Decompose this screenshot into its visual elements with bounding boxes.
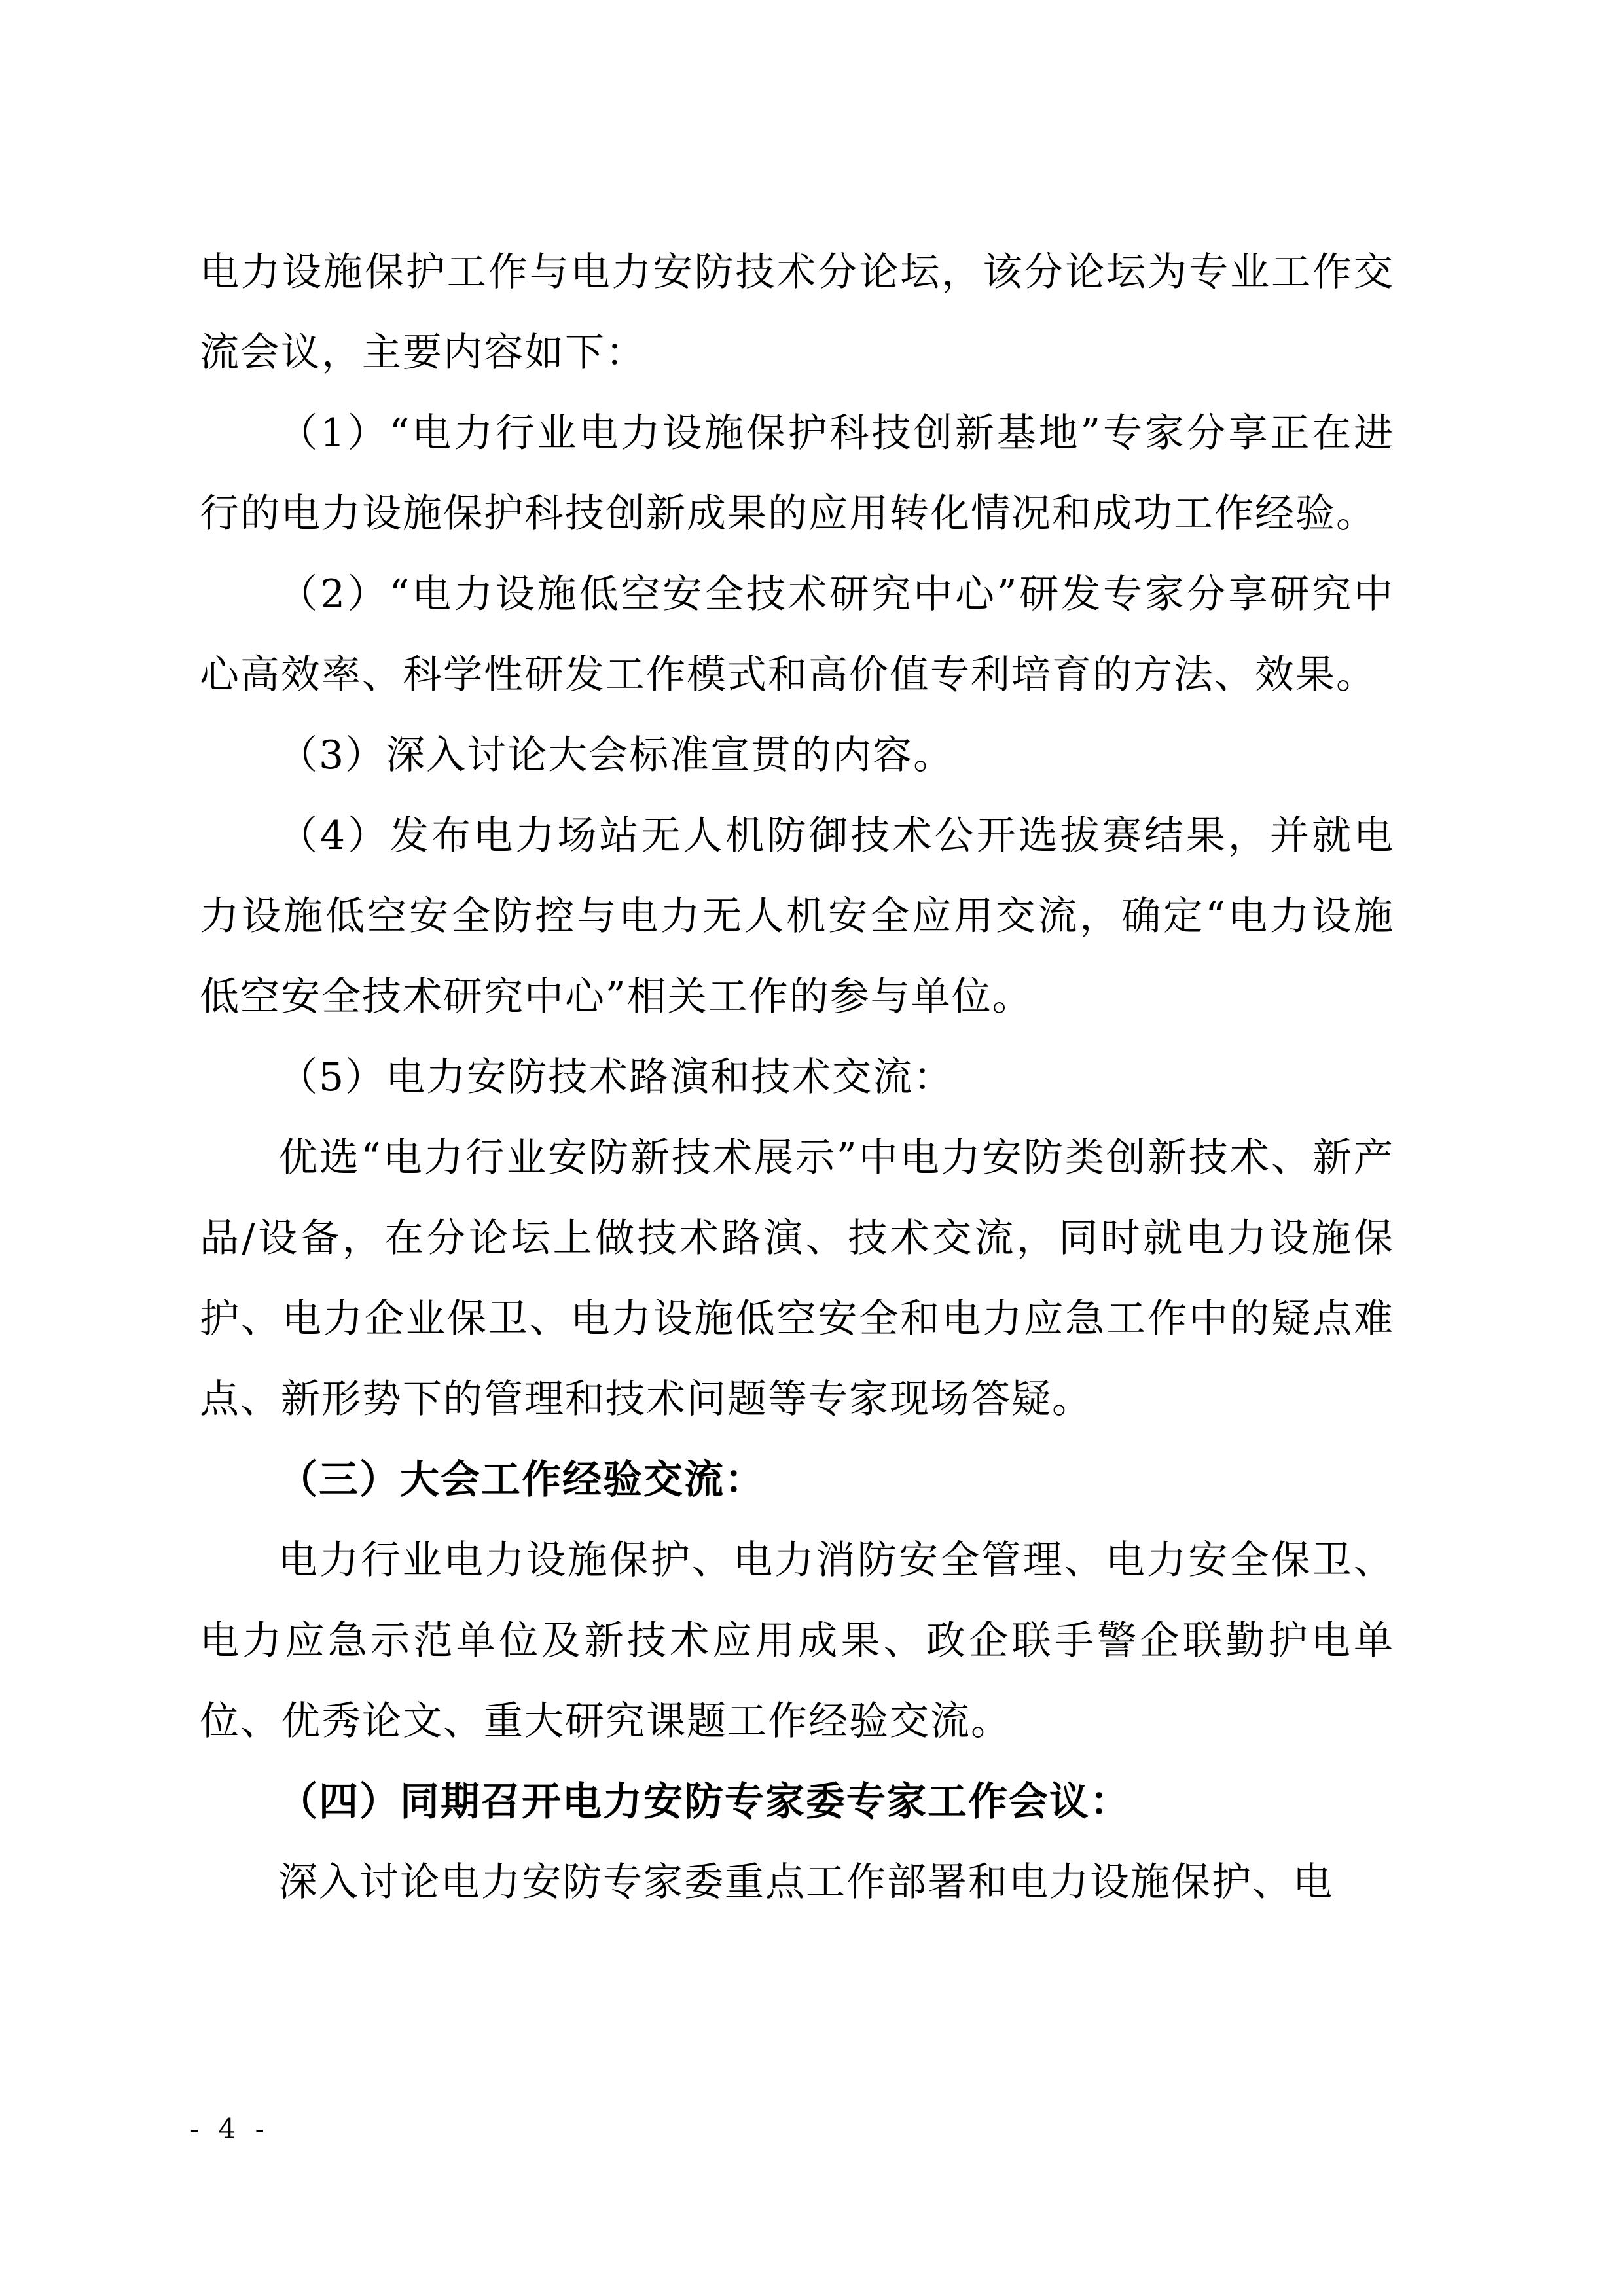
paragraph: （2）“电力设施低空安全技术研究中心”研发专家分享研究中心高效率、科学性研发工作… [200, 554, 1394, 715]
page-number: - 4 - [190, 2113, 270, 2145]
paragraph: 优选“电力行业安防新技术展示”中电力安防类创新技术、新产品/设备，在分论坛上做技… [200, 1118, 1394, 1440]
paragraph: （3）深入讨论大会标准宣贯的内容。 [200, 715, 1394, 796]
paragraph: 电力行业电力设施保护、电力消防安全管理、电力安全保卫、电力应急示范单位及新技术应… [200, 1520, 1394, 1762]
paragraph: （4）发布电力场站无人机防御技术公开选拔赛结果，并就电力设施低空安全防控与电力无… [200, 796, 1394, 1037]
section-heading: （四）同期召开电力安防专家委专家工作会议： [200, 1762, 1394, 1842]
paragraph: 电力设施保护工作与电力安防技术分论坛，该分论坛为专业工作交流会议，主要内容如下： [200, 232, 1394, 393]
document-body: 电力设施保护工作与电力安防技术分论坛，该分论坛为专业工作交流会议，主要内容如下：… [200, 232, 1394, 1923]
paragraph: （5）电力安防技术路演和技术交流： [200, 1037, 1394, 1118]
paragraph: 深入讨论电力安防专家委重点工作部署和电力设施保护、电 [200, 1842, 1394, 1923]
section-heading: （三）大会工作经验交流： [200, 1440, 1394, 1520]
paragraph: （1）“电力行业电力设施保护科技创新基地”专家分享正在进行的电力设施保护科技创新… [200, 393, 1394, 554]
document-page: 电力设施保护工作与电力安防技术分论坛，该分论坛为专业工作交流会议，主要内容如下：… [0, 0, 1624, 2296]
page-footer: - 4 - [190, 2113, 270, 2145]
